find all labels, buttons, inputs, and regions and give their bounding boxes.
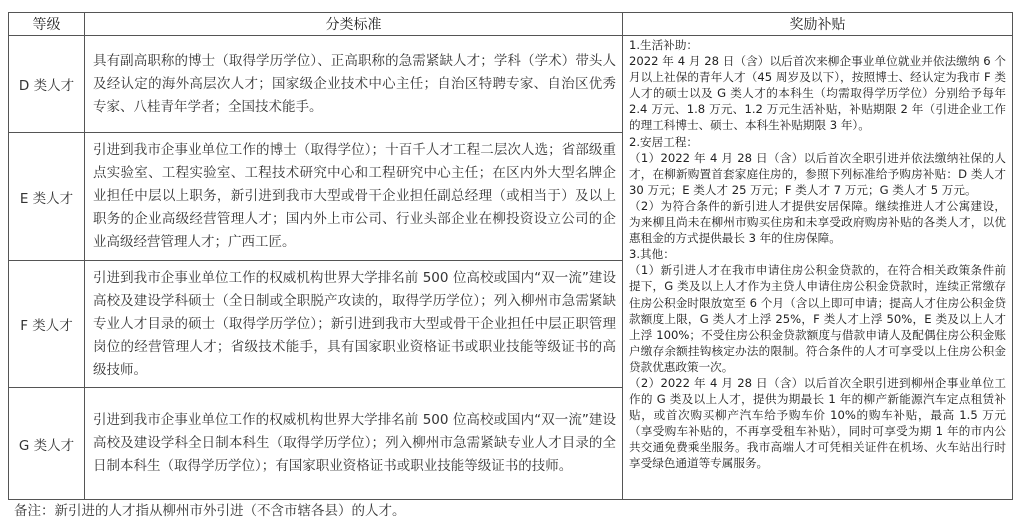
reward-paragraph: （1）2022 年 4 月 28 日（含）以后首次全职引进并依法缴纳社保的人才，…	[629, 150, 1006, 198]
reward-paragraph: （1）新引进人才在我市申请住房公积金贷款的，在符合相关政策条件前提下，G 类及以…	[629, 262, 1006, 375]
reward-section-title: 1.生活补助：	[629, 37, 1006, 53]
talent-classification-table: 等级 分类标准 奖励补贴 D 类人才 具有副高职称的博士（取得学历学位）、正高职…	[8, 12, 1013, 500]
footnote: 备注：新引进的人才指从柳州市外引进（不含市辖各县）的人才。	[14, 499, 406, 519]
reward-section-title: 2.安居工程：	[629, 134, 1006, 150]
header-criteria: 分类标准	[85, 13, 623, 36]
reward-paragraph: （2）2022 年 4 月 28 日（含）以后首次全职引进到柳州企事业单位工作的…	[629, 375, 1006, 472]
reward-paragraph: 2022 年 4 月 28 日（含）以后首次来柳企事业单位就业并依法缴纳 6 个…	[629, 53, 1006, 133]
reward-cell: 1.生活补助： 2022 年 4 月 28 日（含）以后首次来柳企事业单位就业并…	[623, 36, 1013, 500]
reward-paragraph: （2）为符合条件的新引进人才提供安居保障。继续推进人才公寓建设，为来柳且尚未在柳…	[629, 198, 1006, 246]
level-cell: D 类人才	[9, 36, 85, 133]
level-cell: G 类人才	[9, 388, 85, 500]
table-row-d: D 类人才 具有副高职称的博士（取得学历学位）、正高职称的急需紧缺人才；学科（学…	[9, 36, 1013, 133]
level-cell: E 类人才	[9, 133, 85, 261]
reward-section-title: 3.其他：	[629, 246, 1006, 262]
criteria-cell: 引进到我市企事业单位工作的博士（取得学位）；十百千人才工程二层次人选；省部级重点…	[85, 133, 623, 261]
table-header-row: 等级 分类标准 奖励补贴	[9, 13, 1013, 36]
level-cell: F 类人才	[9, 261, 85, 388]
header-level: 等级	[9, 13, 85, 36]
criteria-cell: 引进到我市企事业单位工作的权威机构世界大学排名前 500 位高校或国内“双一流”…	[85, 388, 623, 500]
header-reward: 奖励补贴	[623, 13, 1013, 36]
criteria-cell: 引进到我市企事业单位工作的权威机构世界大学排名前 500 位高校或国内“双一流”…	[85, 261, 623, 388]
criteria-cell: 具有副高职称的博士（取得学历学位）、正高职称的急需紧缺人才；学科（学术）带头人及…	[85, 36, 623, 133]
